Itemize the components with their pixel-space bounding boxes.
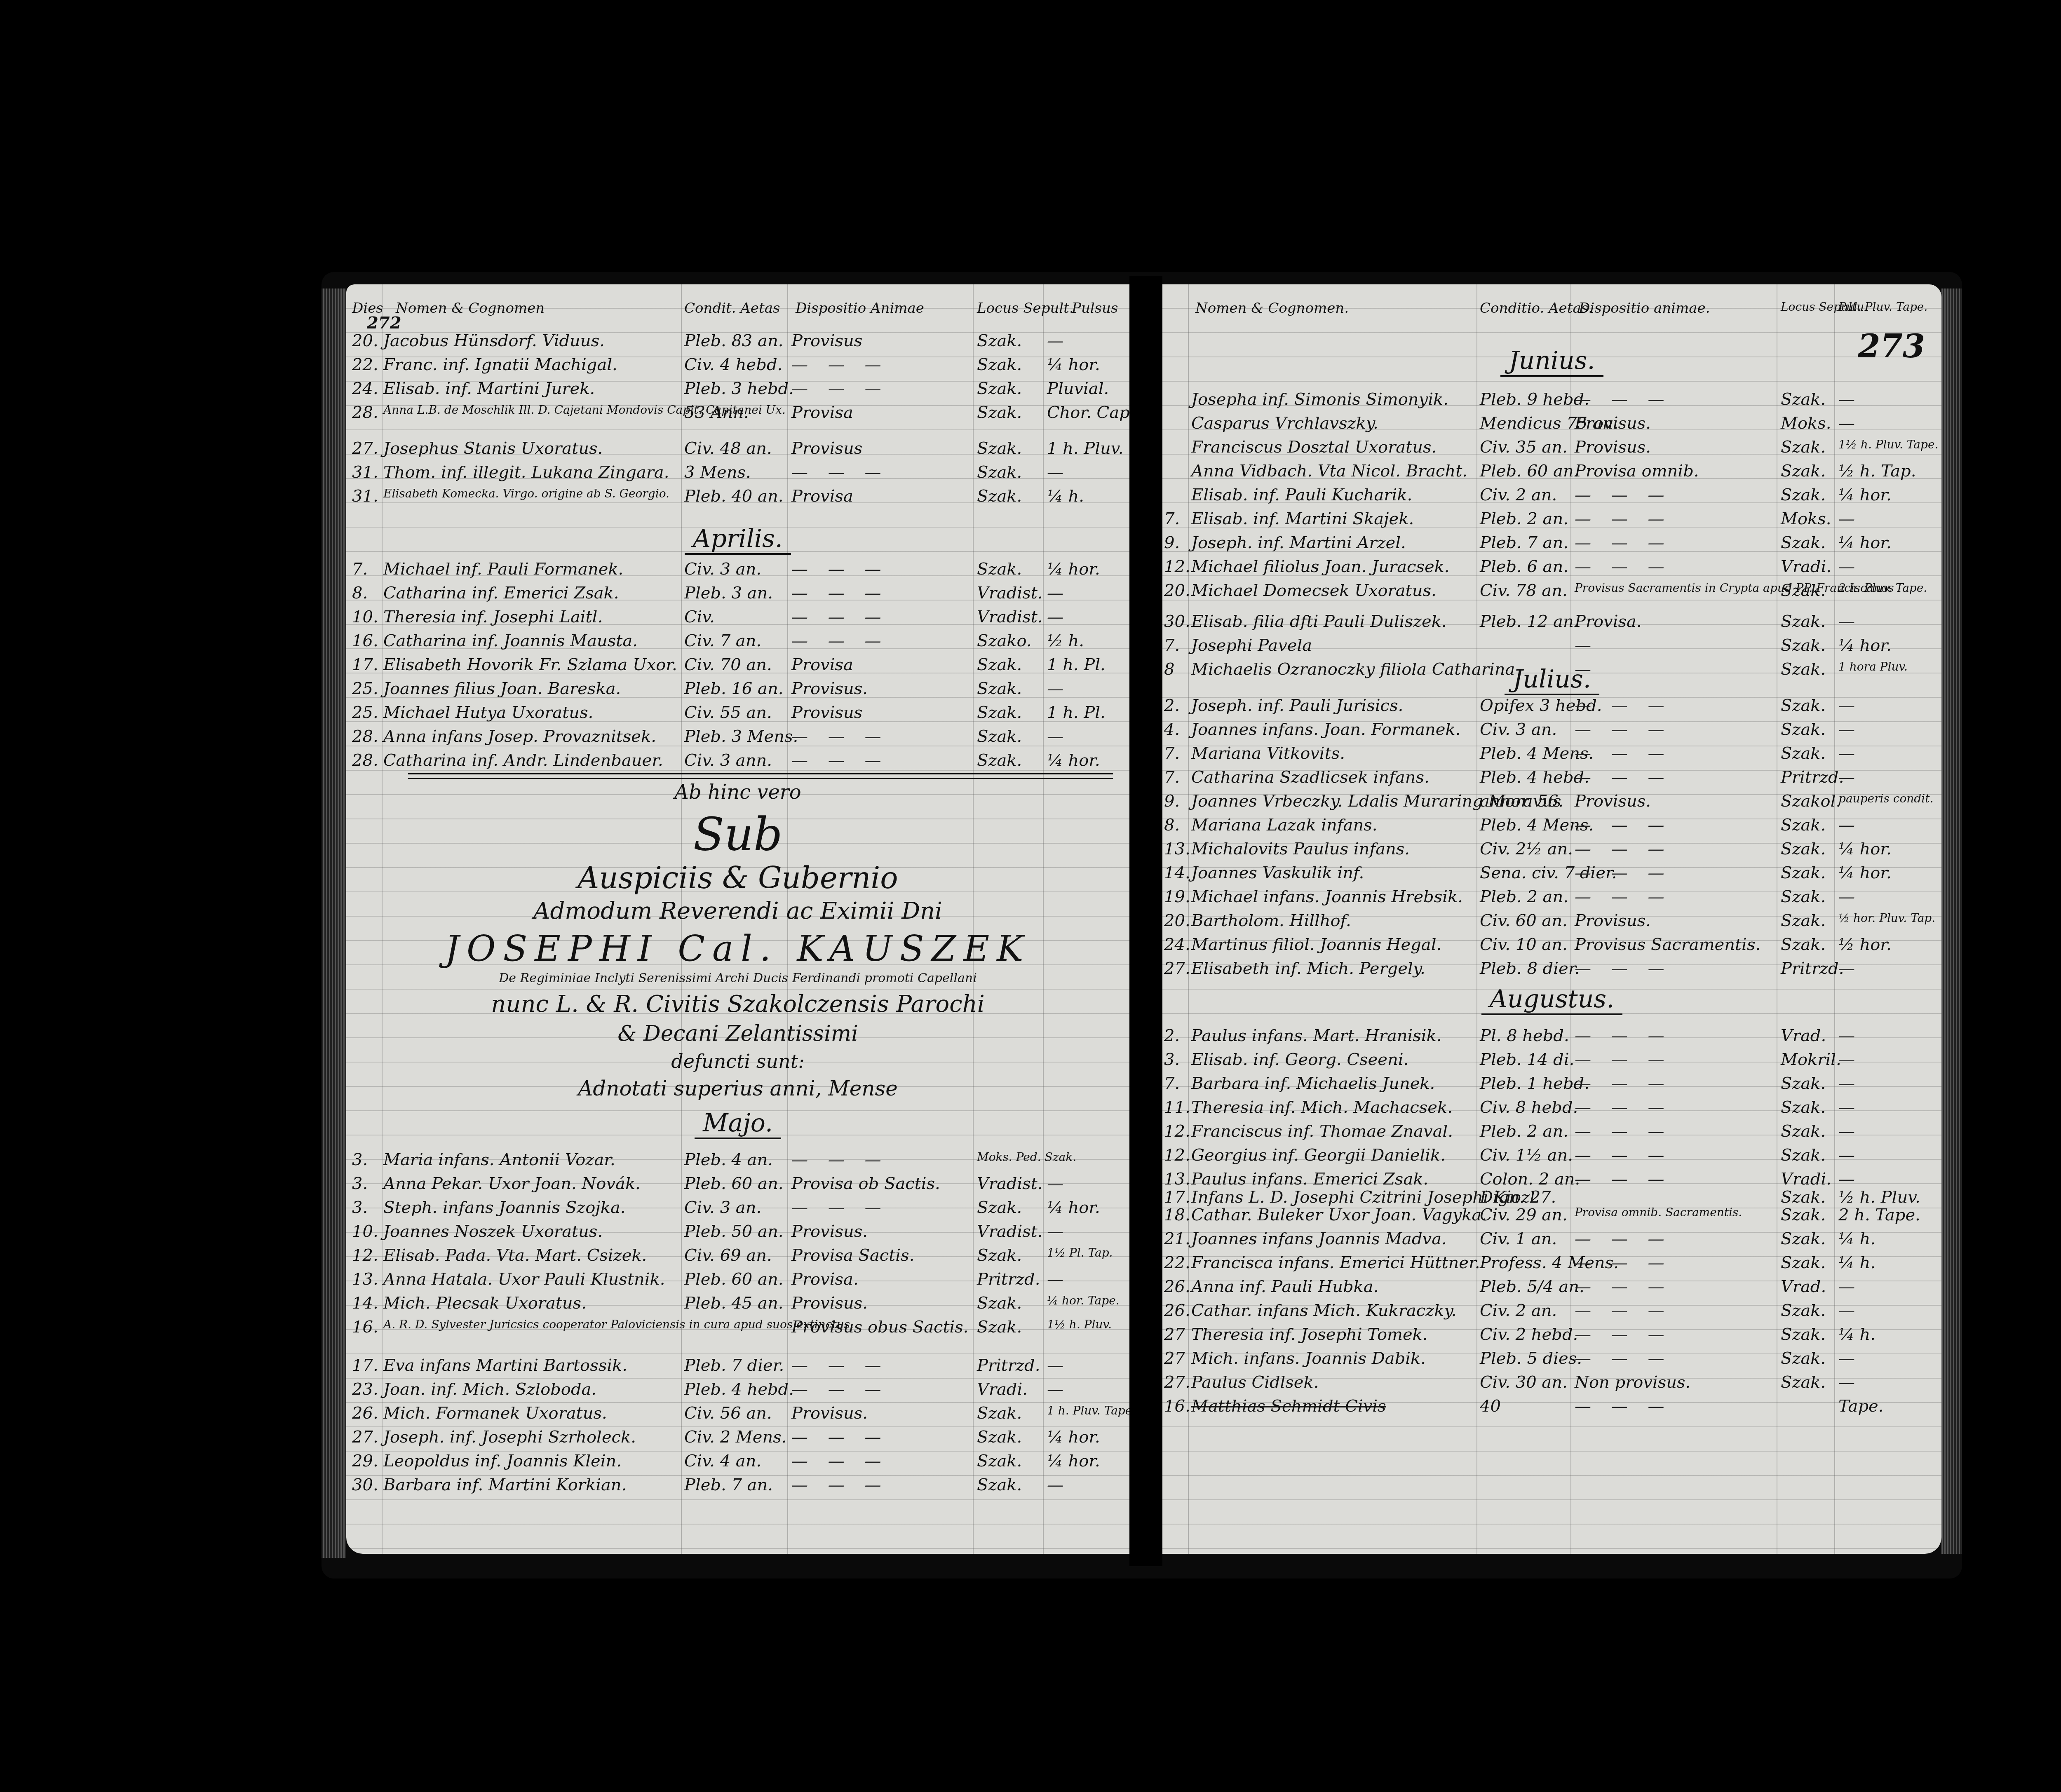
entry-name: Theresia inf. Josephi Tomek. xyxy=(1191,1325,1428,1344)
entry-time: ¼ hor. xyxy=(1838,840,1892,858)
register-entry: 18.Cathar. Buleker Uxor Joan. Vagyka.Civ… xyxy=(1162,1203,1941,1227)
entry-loc: Mokril. xyxy=(1781,1050,1841,1069)
entry-disp: Provisus xyxy=(791,703,862,722)
entry-day: 27. xyxy=(1164,1373,1193,1392)
entry-name: Theresia inf. Mich. Machacsek. xyxy=(1191,1098,1453,1117)
entry-day: 12. xyxy=(352,1246,381,1265)
entry-disp: — — — xyxy=(1575,390,1671,409)
entry-time: Tape. xyxy=(1838,1397,1883,1416)
entry-disp: Provisus. xyxy=(1575,792,1651,811)
entry-day: 3. xyxy=(352,1174,381,1193)
register-entry: 24.Martinus filiol. Joannis Hegal.Civ. 1… xyxy=(1162,933,1941,957)
entry-cond: Pleb. 60 an. xyxy=(1480,462,1579,481)
entry-loc: Szak. xyxy=(1781,720,1826,739)
register-entry: 28.Anna infans Josep. Provaznitsek.Pleb.… xyxy=(346,725,1129,748)
entry-time: pauperis condit. xyxy=(1838,792,1933,805)
entry-cond: Civ. 56 an. xyxy=(684,1404,772,1423)
decree-line9: defuncti sunt: xyxy=(346,1050,1129,1072)
entry-disp: — — — xyxy=(791,560,888,579)
register-entry: 7.Barbara inf. Michaelis Junek.Pleb. 1 h… xyxy=(1162,1072,1941,1095)
entry-day: 24. xyxy=(352,379,381,398)
decree-line1: Ab hinc vero xyxy=(346,781,1129,804)
entry-time: ½ h. Tap. xyxy=(1838,462,1916,481)
entry-name: Casparus Vrchlavszky. xyxy=(1191,414,1378,433)
entry-loc: Szak. xyxy=(1781,390,1826,409)
entry-time: — xyxy=(1838,612,1862,631)
entry-loc: Szak. xyxy=(1781,696,1826,715)
entry-time: — xyxy=(1047,607,1071,626)
entry-loc: Szak. xyxy=(1781,612,1826,631)
entry-loc: Vrad. xyxy=(1781,1026,1826,1045)
entry-loc: Szak. xyxy=(1781,911,1826,930)
entry-loc: Szak. xyxy=(977,751,1022,770)
entry-loc: Szak. xyxy=(1781,462,1826,481)
entry-day: 27 xyxy=(1164,1325,1193,1344)
entry-day: 20. xyxy=(352,331,381,350)
header-condition-age: Condit. Aetas xyxy=(684,300,780,317)
entry-disp: — — — xyxy=(1575,816,1671,835)
register-entry: 13.Michalovits Paulus infans.Civ. 2½ an.… xyxy=(1162,837,1941,861)
register-entry: 11.Theresia inf. Mich. Machacsek.Civ. 8 … xyxy=(1162,1095,1941,1119)
entry-cond: Civ. 2 hebd. xyxy=(1480,1325,1578,1344)
entry-loc: Szak. xyxy=(977,1246,1022,1265)
entry-day: 30. xyxy=(1164,612,1193,631)
register-entry: 27.Josephus Stanis Uxoratus.Civ. 48 an.P… xyxy=(346,436,1129,460)
entry-cond: Civ. 78 an. xyxy=(1480,581,1568,600)
book-spine xyxy=(1129,276,1162,1566)
entry-day: 20. xyxy=(1164,581,1193,600)
entry-disp: Provisa. xyxy=(791,1270,859,1289)
entry-disp: Provisus. xyxy=(791,1222,868,1241)
entry-cond: Pleb. 83 an. xyxy=(684,331,783,350)
entry-name: Josepha inf. Simonis Simonyik. xyxy=(1191,390,1448,409)
header-condition-age: Conditio. Aetas. xyxy=(1480,300,1593,317)
entry-day: 9. xyxy=(1164,533,1193,552)
register-entry: 2.Paulus infans. Mart. Hranisik.Pl. 8 he… xyxy=(1162,1024,1941,1048)
entry-day: 29. xyxy=(352,1452,381,1471)
entry-loc: Szak. xyxy=(1781,840,1826,858)
entry-cond: Pleb. 16 an. xyxy=(684,679,783,698)
entry-time: — xyxy=(1838,720,1862,739)
register-entry: 30.Elisab. filia dfti Pauli Duliszek.Ple… xyxy=(1162,610,1941,633)
entry-name: Jacobus Hünsdorf. Viduus. xyxy=(383,331,605,350)
entry-disp: — — — xyxy=(1575,1050,1671,1069)
entry-time: ¼ hor. xyxy=(1838,636,1892,655)
entry-cond: Pleb. 3 hebd. xyxy=(684,379,794,398)
entry-name: Michael filiolus Joan. Juracsek. xyxy=(1191,557,1450,576)
entry-disp: Provisa omnib. Sacramentis. xyxy=(1575,1206,1742,1219)
entry-loc: Szak. xyxy=(1781,1122,1826,1141)
entry-cond: Civ. 60 an. xyxy=(1480,911,1568,930)
entry-name: Joannes filius Joan. Bareska. xyxy=(383,679,621,698)
header-bells: Pulsus xyxy=(1072,300,1118,317)
register-entry: 12.Michael filiolus Joan. Juracsek.Pleb.… xyxy=(1162,555,1941,579)
entry-cond: Pleb. 3 an. xyxy=(684,584,773,603)
entry-disp: Provisus. xyxy=(791,1404,868,1423)
register-entry: Franciscus Dosztal Uxoratus.Civ. 35 an.P… xyxy=(1162,435,1941,459)
entry-name: Michalovits Paulus infans. xyxy=(1191,840,1410,858)
register-entry: 20.Jacobus Hünsdorf. Viduus.Pleb. 83 an.… xyxy=(346,329,1129,353)
entry-disp: — — — xyxy=(1575,863,1671,882)
entry-disp: — — — xyxy=(1575,533,1671,552)
entry-disp: — — — xyxy=(1575,1253,1671,1272)
entry-day: 7. xyxy=(352,560,381,579)
entry-cond: Civ. 3 an. xyxy=(1480,720,1557,739)
register-entry: 31.Elisabeth Komecka. Virgo. origine ab … xyxy=(346,484,1129,508)
register-entry: Elisab. inf. Pauli Kucharik.Civ. 2 an.— … xyxy=(1162,483,1941,507)
entry-loc: Szak. xyxy=(977,1428,1022,1447)
entry-disp: Provisus. xyxy=(791,679,868,698)
entry-name: Joannes Vaskulik inf. xyxy=(1191,863,1364,882)
header-burial-place: Locus Sepult. xyxy=(977,300,1074,317)
entry-time: — xyxy=(1047,463,1071,482)
entry-name: Anna Hatala. Uxor Pauli Klustnik. xyxy=(383,1270,665,1289)
entry-time: — xyxy=(1838,390,1862,409)
entry-name: Barbara inf. Martini Korkian. xyxy=(383,1475,627,1494)
entry-disp: — — — xyxy=(791,463,888,482)
entry-time: 1 h. Pl. xyxy=(1047,655,1106,674)
entry-cond: Civ. xyxy=(684,607,715,626)
entry-disp: — — — xyxy=(1575,1146,1671,1165)
entry-time: ¼ hor. xyxy=(1047,751,1100,770)
entry-cond: Civ. 7 an. xyxy=(684,631,761,650)
entry-day: 12. xyxy=(1164,1146,1193,1165)
entry-day: 7. xyxy=(1164,636,1193,655)
entry-day: 18. xyxy=(1164,1206,1193,1224)
register-entry: 14.Mich. Plecsak Uxoratus.Pleb. 45 an.Pr… xyxy=(346,1291,1129,1315)
entry-disp: Provisa Sactis. xyxy=(791,1246,914,1265)
entry-disp: — — — xyxy=(1575,1277,1671,1296)
entry-disp: — — — xyxy=(1575,509,1671,528)
entry-cond: Civ. 3 an. xyxy=(684,560,761,579)
right-page: Nomen & Cognomen. Conditio. Aetas. Dispo… xyxy=(1162,284,1941,1554)
entry-day: 21. xyxy=(1164,1229,1193,1248)
register-entry: 12.Franciscus inf. Thomae Znaval.Pleb. 2… xyxy=(1162,1119,1941,1143)
entry-loc: Szak. xyxy=(977,679,1022,698)
entry-name: Thom. inf. illegit. Lukana Zingara. xyxy=(383,463,669,482)
entry-cond: Pleb. 2 an. xyxy=(1480,509,1568,528)
register-entry: 2.Joseph. inf. Pauli Jurisics.Opifex 3 h… xyxy=(1162,694,1941,718)
month-heading: Augustus. xyxy=(1162,985,1941,1013)
entry-disp: Provisus. xyxy=(1575,438,1651,457)
month-heading: Junius. xyxy=(1162,346,1941,375)
entry-name: Elisabeth Hovorik Fr. Szlama Uxor. xyxy=(383,655,677,674)
entry-time: — xyxy=(1838,1074,1862,1093)
register-entry: 7.Catharina Szadlicsek infans.Pleb. 4 he… xyxy=(1162,765,1941,789)
entry-loc: Szak. xyxy=(977,439,1022,458)
register-entry: 12.Elisab. Pada. Vta. Mart. Csizek.Civ. … xyxy=(346,1243,1129,1267)
entry-cond: Pleb. 45 an. xyxy=(684,1294,783,1313)
register-entry: 12.Georgius inf. Georgii Danielik.Civ. 1… xyxy=(1162,1143,1941,1167)
entry-day: 31. xyxy=(352,487,381,506)
register-entry: 4.Joannes infans. Joan. Formanek.Civ. 3 … xyxy=(1162,718,1941,741)
register-entry: 27Theresia inf. Josephi Tomek.Civ. 2 heb… xyxy=(1162,1323,1941,1346)
entry-day: 8. xyxy=(1164,816,1193,835)
entry-day: 27. xyxy=(352,1428,381,1447)
month-heading: Julius. xyxy=(1162,665,1941,694)
entry-time: — xyxy=(1047,1270,1071,1289)
decree-line7: nunc L. & R. Civitis Szakolczensis Paroc… xyxy=(346,991,1129,1018)
header-disposition: Dispositio animae. xyxy=(1579,300,1710,317)
entry-cond: Civ. 8 hebd. xyxy=(1480,1098,1578,1117)
entry-cond: Pleb. 14 di. xyxy=(1480,1050,1574,1069)
entry-day: 12. xyxy=(1164,1122,1193,1141)
entry-disp: — — — xyxy=(1575,1301,1671,1320)
entry-cond: Civ. 4 hebd. xyxy=(684,355,782,374)
entry-time: ¼ hor. xyxy=(1047,1198,1100,1217)
entry-disp: — — — xyxy=(791,1356,888,1375)
entry-loc: Moks. xyxy=(1781,509,1831,528)
header-disposition: Dispositio Animae xyxy=(796,300,924,317)
entry-day: 10. xyxy=(352,1222,381,1241)
entry-name: Joannes infans Joannis Madva. xyxy=(1191,1229,1447,1248)
entry-day: 27 xyxy=(1164,1349,1193,1368)
entry-time: ¼ hor. xyxy=(1047,1452,1100,1471)
entry-disp: — — — xyxy=(1575,768,1671,787)
open-register-book: Dies Nomen & Cognomen Condit. Aetas Disp… xyxy=(322,272,1962,1579)
entry-day: 26. xyxy=(1164,1301,1193,1320)
entry-loc: Szak. xyxy=(1781,1253,1826,1272)
entry-time: 1 h. Pl. xyxy=(1047,703,1106,722)
entry-disp: — — — xyxy=(1575,557,1671,576)
register-entry: Josepha inf. Simonis Simonyik.Pleb. 9 he… xyxy=(1162,387,1941,411)
month-heading: Aprilis. xyxy=(346,524,1129,553)
entry-day: 23. xyxy=(352,1380,381,1399)
entry-name: Martinus filiol. Joannis Hegal. xyxy=(1191,935,1441,954)
register-entry: 26.Mich. Formanek Uxoratus.Civ. 56 an.Pr… xyxy=(346,1401,1129,1425)
entry-loc: Szak. xyxy=(977,727,1022,746)
register-entry: 16.A. R. D. Sylvester Juricsics cooperat… xyxy=(346,1315,1129,1339)
entry-loc: Szak. xyxy=(1781,1229,1826,1248)
entry-disp: Provisus xyxy=(791,331,862,350)
entry-time: ¼ h. xyxy=(1838,1325,1876,1344)
entry-disp: Provisus. xyxy=(791,1294,868,1313)
entry-time: — xyxy=(1838,696,1862,715)
entry-disp: Provisa ob Sactis. xyxy=(791,1174,940,1193)
entry-name: Mich. infans. Joannis Dabik. xyxy=(1191,1349,1426,1368)
entry-name: Cathar. infans Mich. Kukraczky. xyxy=(1191,1301,1457,1320)
entry-name: Paulus infans. Mart. Hranisik. xyxy=(1191,1026,1442,1045)
entry-day: 13. xyxy=(1164,840,1193,858)
entry-time: — xyxy=(1047,679,1071,698)
left-page: Dies Nomen & Cognomen Condit. Aetas Disp… xyxy=(346,284,1129,1554)
entry-cond: Pleb. 5/4 an. xyxy=(1480,1277,1584,1296)
entry-day: 7. xyxy=(1164,768,1193,787)
entry-name: A. R. D. Sylvester Juricsics cooperator … xyxy=(383,1318,854,1331)
entry-disp: — — — xyxy=(1575,486,1671,504)
entry-loc: Vradist. xyxy=(977,1174,1043,1193)
entry-disp: Provisa xyxy=(791,487,853,506)
entry-disp: — — — xyxy=(1575,1397,1671,1416)
register-entry: 3.Maria infans. Antonii Vozar.Pleb. 4 an… xyxy=(346,1148,1129,1172)
entry-time: — xyxy=(1838,1050,1862,1069)
register-entry: 31.Thom. inf. illegit. Lukana Zingara.3 … xyxy=(346,460,1129,484)
entry-disp: — — — xyxy=(791,1150,888,1169)
entry-time: 1 h. Pluv. xyxy=(1047,439,1123,458)
entry-cond: Civ. 30 an. xyxy=(1480,1373,1568,1392)
entry-loc: Pritrzd. xyxy=(977,1270,1040,1289)
entry-disp: Provisa omnib. xyxy=(1575,462,1699,481)
entry-time: ¼ hor. xyxy=(1838,863,1892,882)
entry-cond: annor. 56. xyxy=(1480,792,1563,811)
entry-disp: — — — xyxy=(791,584,888,603)
entry-disp: — — — xyxy=(791,1475,888,1494)
page-edges-left xyxy=(322,289,346,1558)
entry-day: 20. xyxy=(1164,911,1193,930)
entry-disp: — — — xyxy=(1575,1229,1671,1248)
entry-loc: Szak. xyxy=(1781,816,1826,835)
entry-disp: — — — xyxy=(1575,1325,1671,1344)
entry-loc: Szak. xyxy=(1781,935,1826,954)
entry-time: ¼ hor. xyxy=(1047,1428,1100,1447)
entry-day: 2. xyxy=(1164,1026,1193,1045)
entry-name: Joan. inf. Mich. Szloboda. xyxy=(383,1380,596,1399)
entry-day: 11. xyxy=(1164,1098,1193,1117)
register-entry: 27.Paulus Cidlsek.Civ. 30 an.Non provisu… xyxy=(1162,1370,1941,1394)
entry-cond: Civ. 29 an. xyxy=(1480,1206,1568,1224)
entry-time: — xyxy=(1838,1098,1862,1117)
entry-disp: — — — xyxy=(791,1428,888,1447)
register-entry: 27.Elisabeth inf. Mich. Pergely.Pleb. 8 … xyxy=(1162,957,1941,980)
header-name: Nomen & Cognomen. xyxy=(1195,300,1349,317)
entry-cond: Civ. 69 an. xyxy=(684,1246,772,1265)
entry-time: ¼ h. xyxy=(1047,487,1084,506)
entry-loc: Pritrzd. xyxy=(977,1356,1040,1375)
register-entry: 9.Joannes Vrbeczky. Ldalis Muraring Mora… xyxy=(1162,789,1941,813)
entry-disp: — — — xyxy=(1575,1026,1671,1045)
entry-disp: — — — xyxy=(1575,720,1671,739)
entry-day: 25. xyxy=(352,703,381,722)
entry-loc: Szak. xyxy=(977,1318,1022,1337)
entry-disp: Provisus Sacramentis. xyxy=(1575,935,1761,954)
entry-cond: Pleb. 7 an. xyxy=(1480,533,1568,552)
entry-day: 27. xyxy=(1164,959,1193,978)
entry-loc: Szak. xyxy=(977,703,1022,722)
register-entry: 29.Leopoldus inf. Joannis Klein.Civ. 4 a… xyxy=(346,1449,1129,1473)
entry-day: 27. xyxy=(352,439,381,458)
entry-loc: Szak. xyxy=(1781,438,1826,457)
entry-time: ¼ h. xyxy=(1838,1229,1876,1248)
decree-line4: Admodum Reverendi ac Eximii Dni xyxy=(346,898,1129,924)
entry-name: Joannes Noszek Uxoratus. xyxy=(383,1222,603,1241)
entry-cond: Pleb. 2 an. xyxy=(1480,887,1568,906)
entry-time: — xyxy=(1047,727,1071,746)
entry-name: Theresia inf. Josephi Laitl. xyxy=(383,607,603,626)
register-entry: Casparus Vrchlavszky.Mendicus 75 an.Prov… xyxy=(1162,411,1941,435)
entry-name: Joseph. inf. Martini Arzel. xyxy=(1191,533,1406,552)
entry-day: 24. xyxy=(1164,935,1193,954)
entry-cond: Civ. 70 an. xyxy=(684,655,772,674)
entry-loc: Moks. xyxy=(1781,414,1831,433)
register-entry: 3.Steph. infans Joannis Szojka.Civ. 3 an… xyxy=(346,1196,1129,1220)
entry-name: Franciscus inf. Thomae Znaval. xyxy=(1191,1122,1453,1141)
entry-day: 28. xyxy=(352,403,381,422)
register-entry: 7.Mariana Vitkovits.Pleb. 4 Mens.— — —Sz… xyxy=(1162,741,1941,765)
entry-disp: — — — xyxy=(1575,1349,1671,1368)
entry-loc: Szak. xyxy=(977,379,1022,398)
entry-loc: Moks. Ped. Szak. xyxy=(977,1150,1076,1164)
entry-name: Michael Domecsek Uxoratus. xyxy=(1191,581,1437,600)
entry-time: ¼ hor. xyxy=(1838,533,1892,552)
register-entry: 27.Joseph. inf. Josephi Szrholeck.Civ. 2… xyxy=(346,1425,1129,1449)
register-entry: 10.Theresia inf. Josephi Laitl.Civ.— — —… xyxy=(346,605,1129,629)
entry-cond: 53 Ann. xyxy=(684,403,749,422)
register-entry: 23.Joan. inf. Mich. Szloboda.Pleb. 4 heb… xyxy=(346,1377,1129,1401)
entry-cond: Civ. 3 an. xyxy=(684,1198,761,1217)
entry-day: 4. xyxy=(1164,720,1193,739)
entry-name: Francisca infans. Emerici Hüttner. xyxy=(1191,1253,1480,1272)
decree-line5: JOSEPHI Cal. KAUSZEK xyxy=(346,928,1129,969)
entry-cond: Pleb. 8 dier. xyxy=(1480,959,1580,978)
entry-time: — xyxy=(1838,1349,1862,1368)
entry-day: 3. xyxy=(352,1198,381,1217)
entry-name: Catharina Szadlicsek infans. xyxy=(1191,768,1430,787)
decree-line10: Adnotati superius anni, Mense xyxy=(346,1077,1129,1100)
entry-day: 30. xyxy=(352,1475,381,1494)
entry-cond: Pleb. 60 an. xyxy=(684,1174,783,1193)
entry-disp: — — — xyxy=(791,727,888,746)
register-entry: 8.Mariana Lazak infans.Pleb. 4 Mens.— — … xyxy=(1162,813,1941,837)
entry-loc: Szak. xyxy=(1781,533,1826,552)
register-entry: 3.Elisab. inf. Georg. Cseeni.Pleb. 14 di… xyxy=(1162,1048,1941,1072)
register-entry: 19.Michael infans. Joannis Hrebsik.Pleb.… xyxy=(1162,885,1941,909)
entry-loc: Szak. xyxy=(1781,581,1826,600)
entry-time: — xyxy=(1047,331,1071,350)
entry-day: 31. xyxy=(352,463,381,482)
entry-name: Mariana Vitkovits. xyxy=(1191,744,1345,763)
entry-disp: Provisus. xyxy=(1575,414,1651,433)
entry-name: Elisab. inf. Martini Jurek. xyxy=(383,379,595,398)
entry-loc: Szak. xyxy=(1781,1098,1826,1117)
header-name: Nomen & Cognomen xyxy=(396,300,545,317)
entry-loc: Szak. xyxy=(1781,486,1826,504)
entry-cond: Pleb. 7 an. xyxy=(684,1475,773,1494)
entry-loc: Szak. xyxy=(1781,1074,1826,1093)
entry-name: Elisabeth inf. Mich. Pergely. xyxy=(1191,959,1425,978)
register-entry: 28.Catharina inf. Andr. Lindenbauer.Civ.… xyxy=(346,748,1129,772)
register-entry: Anna Vidbach. Vta Nicol. Bracht.Pleb. 60… xyxy=(1162,459,1941,483)
entry-time: — xyxy=(1838,959,1862,978)
page-edges-right xyxy=(1941,289,1962,1554)
month-heading: Majo. xyxy=(346,1109,1129,1138)
register-entry: 25.Joannes filius Joan. Bareska.Pleb. 16… xyxy=(346,677,1129,701)
entry-cond: Pl. 8 hebd. xyxy=(1480,1026,1569,1045)
entry-cond: Civ. 55 an. xyxy=(684,703,772,722)
entry-time: ¼ h. xyxy=(1838,1253,1876,1272)
entry-loc: Szak. xyxy=(977,655,1022,674)
entry-disp: — — — xyxy=(791,1198,888,1217)
entry-loc: Szak. xyxy=(977,1452,1022,1471)
register-entry: 3.Anna Pekar. Uxor Joan. Novák.Pleb. 60 … xyxy=(346,1172,1129,1196)
entry-time: — xyxy=(1047,1174,1071,1193)
decree-line3: Auspiciis & Gubernio xyxy=(346,861,1129,895)
register-entry: 13.Anna Hatala. Uxor Pauli Klustnik.Pleb… xyxy=(346,1267,1129,1291)
entry-name: Leopoldus inf. Joannis Klein. xyxy=(383,1452,622,1471)
entry-name: Mich. Plecsak Uxoratus. xyxy=(383,1294,587,1313)
entry-name: Barbara inf. Michaelis Junek. xyxy=(1191,1074,1435,1093)
entry-loc: Szak. xyxy=(1781,863,1826,882)
entry-cond: Civ. 2 Mens. xyxy=(684,1428,786,1447)
entry-time: — xyxy=(1047,1380,1071,1399)
entry-day: 22. xyxy=(352,355,381,374)
entry-day: 25. xyxy=(352,679,381,698)
decree-line6: De Regiminiae Inclyti Serenissimi Archi … xyxy=(346,971,1129,985)
entry-loc: Vradi. xyxy=(977,1380,1028,1399)
entry-loc: Pritrzd. xyxy=(1781,959,1844,978)
entry-time: ¼ hor. xyxy=(1047,560,1100,579)
entry-cond: Civ. 2 an. xyxy=(1480,486,1557,504)
decree-line8: & Decani Zelantissimi xyxy=(346,1021,1129,1046)
